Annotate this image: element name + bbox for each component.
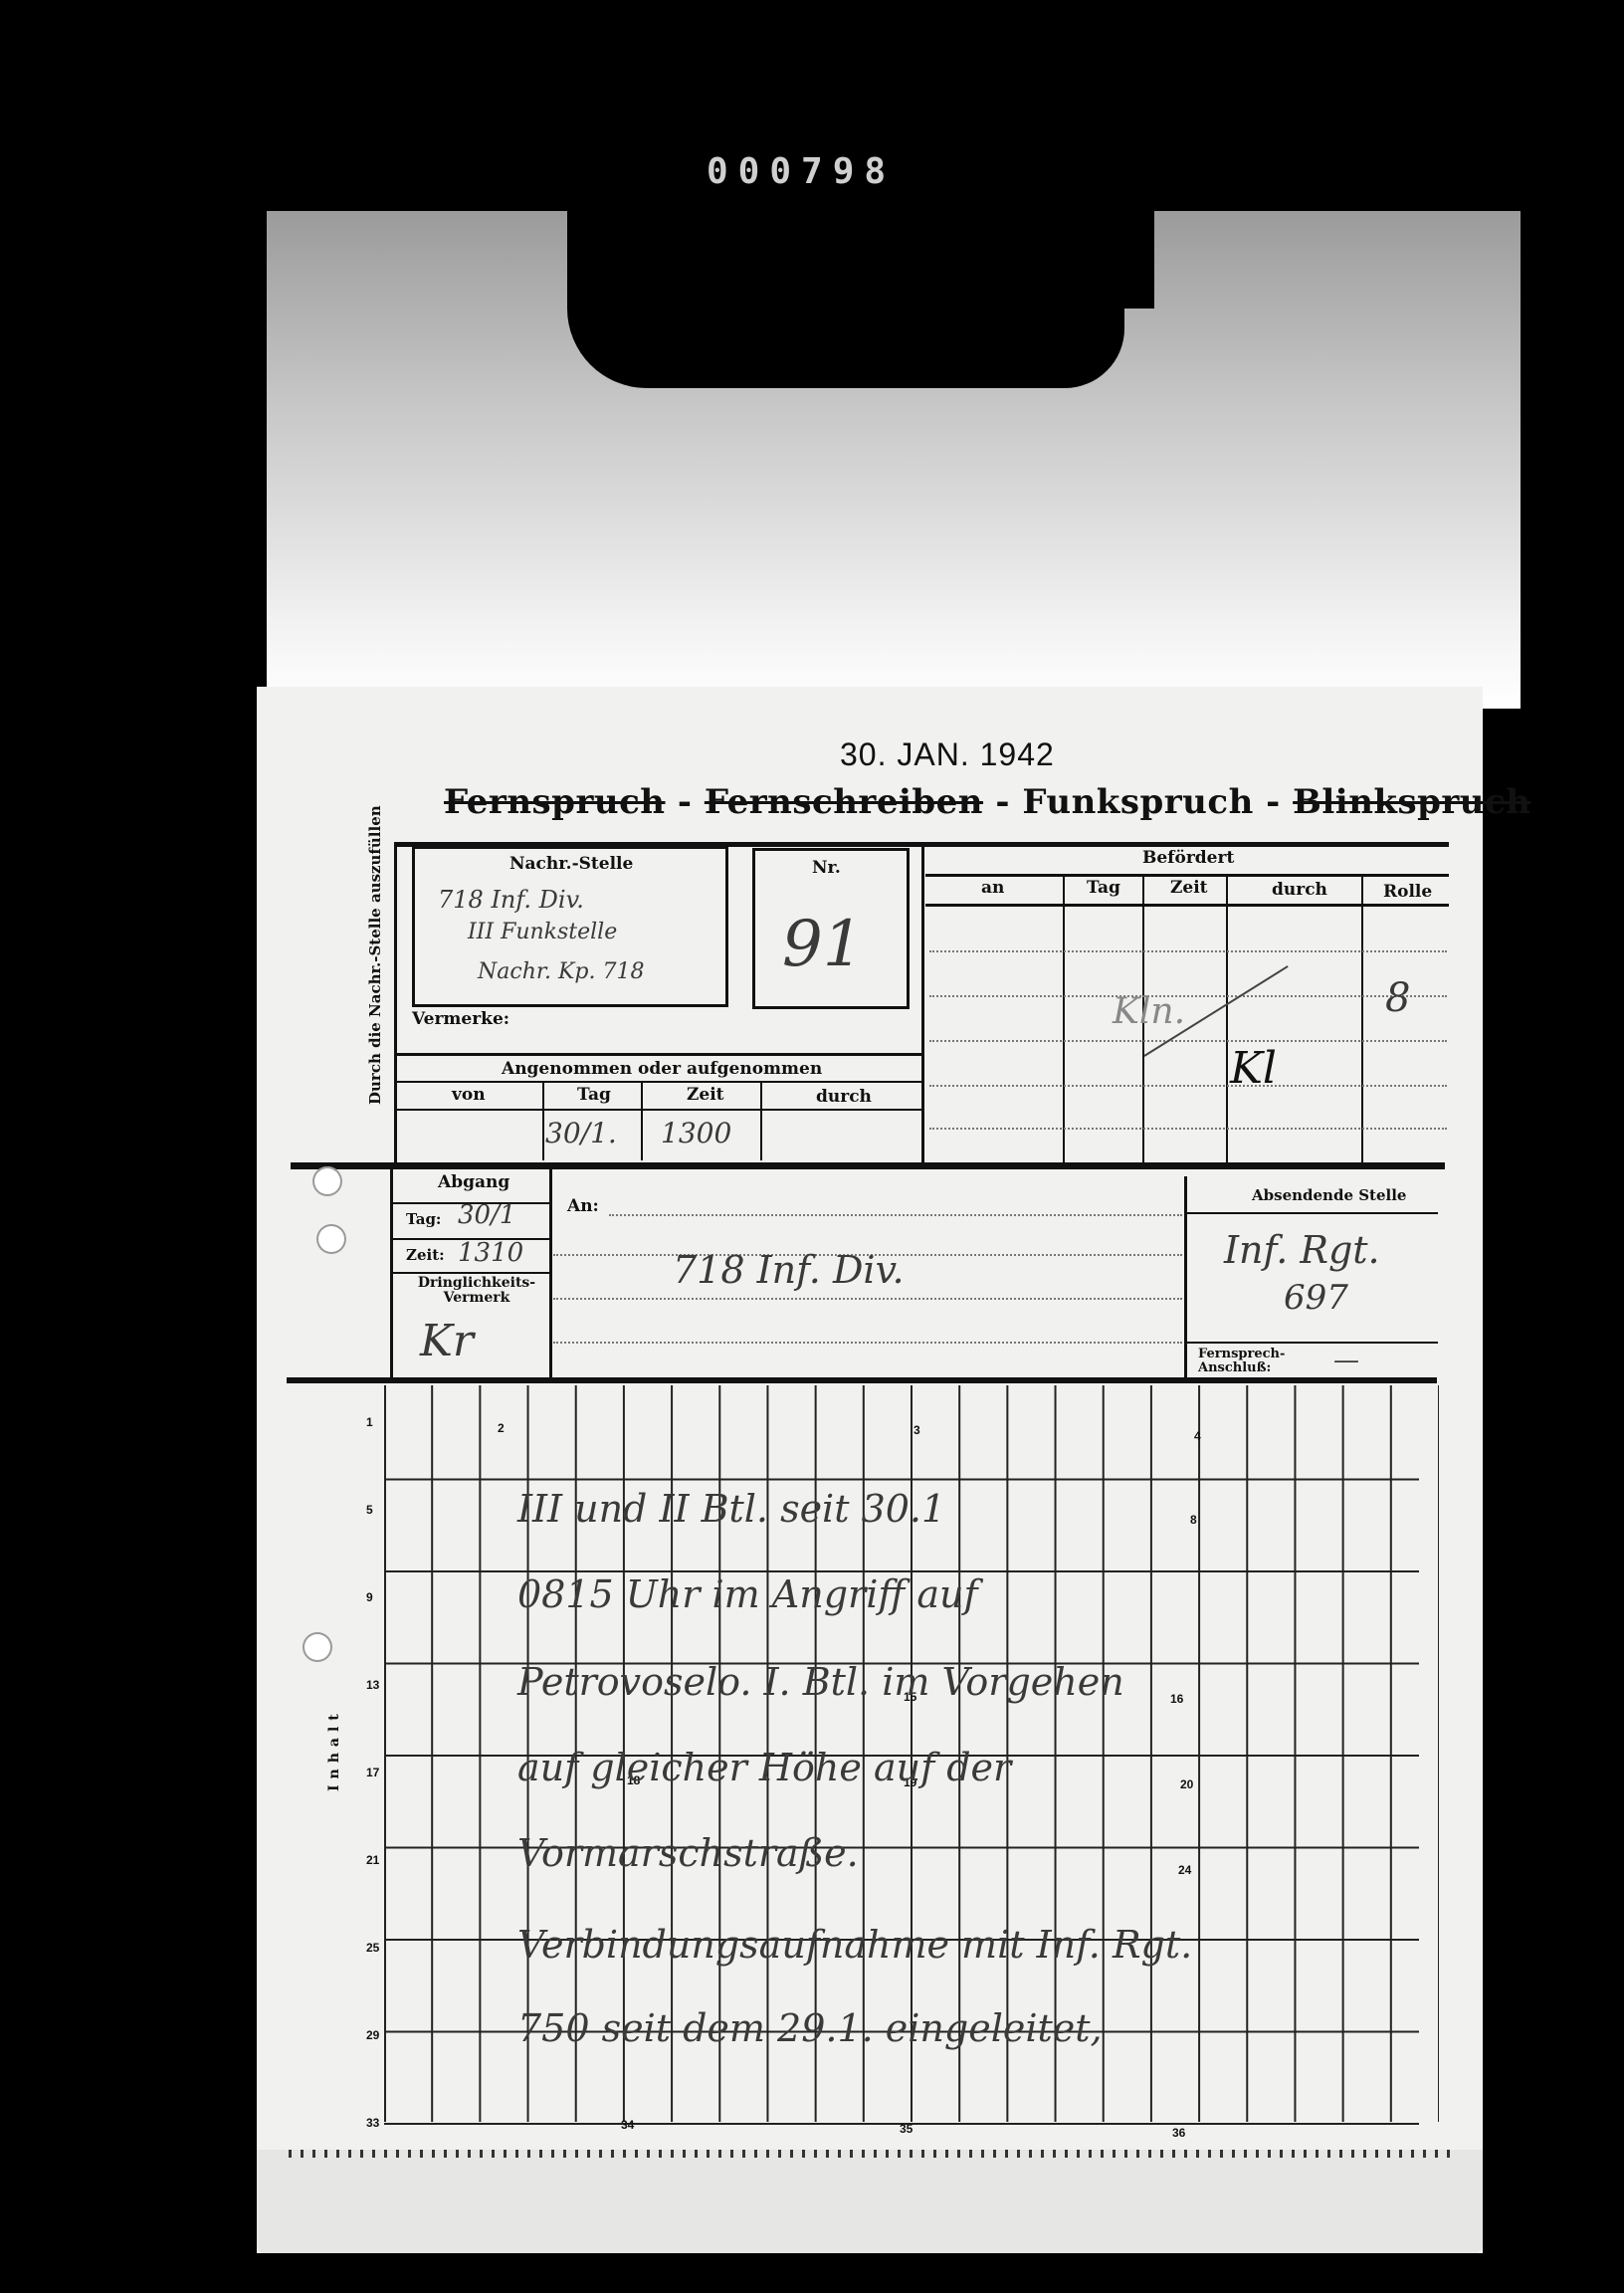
column-marker: 3 [913,1423,920,1437]
fernsprech-anschluss-value: — [1333,1346,1359,1375]
rule [1187,1212,1438,1214]
rule [760,1081,762,1160]
befoerdert-col-durch: durch [1272,880,1327,900]
befoerdert-tag-value: Kln. [1113,991,1185,1032]
an-value: 718 Inf. Div. [673,1248,905,1292]
rule [925,874,1449,877]
fernsprech-anschluss-label: Fernsprech-Anschluß: [1198,1348,1298,1375]
punch-hole [303,1632,332,1662]
angenommen-col-von: von [452,1085,486,1105]
left-rule-top [394,842,397,1162]
befoerdert-col-rolle: Rolle [1383,882,1432,902]
punch-hole [316,1224,346,1254]
mid-rule-bottom [287,1377,1437,1383]
nachr-stelle-label: Nachr.-Stelle [509,854,633,874]
dringlichkeit-label: Dringlichkeits-Vermerk [412,1276,541,1306]
title-funkspruch: Funkspruch [1022,782,1254,822]
angenommen-top-rule [396,1053,921,1056]
row-number: 1 [366,1415,373,1429]
vermerke-label: Vermerke: [412,1009,509,1029]
binder-clip-tab [1113,189,1154,309]
form-bottom-margin [257,2150,1483,2253]
angenommen-tag-value: 30/1. [545,1117,617,1149]
absendende-stelle-label: Absendende Stelle [1252,1186,1406,1204]
message-line: Verbindungsaufnahme mit Inf. Rgt. [517,1923,1192,1967]
row-number: 33 [366,2116,379,2130]
befoerdert-durch-value: Kl [1230,1043,1277,1094]
column-marker: 36 [1172,2126,1185,2140]
rule [549,1166,552,1381]
archive-stamp-number: 000798 [707,151,896,192]
inhalt-side-label: Inhalt [326,1708,342,1791]
row-number: 13 [366,1678,379,1692]
rule [393,1272,550,1274]
side-label: Durch die Nachr.-Stelle auszufüllen [366,805,384,1105]
angenommen-col-durch: durch [816,1087,872,1107]
column-marker: 4 [1194,1429,1201,1443]
rule [1184,1176,1187,1381]
angenommen-zeit-value: 1300 [661,1117,731,1149]
column-marker: 24 [1178,1863,1191,1877]
rule [925,904,1449,907]
abgang-zeit-label: Zeit: [406,1246,445,1264]
column-marker: 2 [498,1421,505,1435]
message-line: Vormarschstraße. [517,1831,859,1875]
abgang-zeit-value: 1310 [458,1238,523,1268]
rule [1226,874,1228,1162]
column-marker: 8 [1190,1513,1197,1527]
befoerdert-col-an: an [981,878,1004,898]
nr-label: Nr. [812,858,841,878]
dotted-rule [929,1085,1447,1087]
angenommen-heading: Angenommen oder aufgenommen [502,1059,822,1079]
received-date-stamp: 30. JAN. 1942 [840,736,1055,773]
title-sep: - [983,782,1022,822]
rule [542,1081,544,1160]
title-blinkspruch: Blinkspruch [1293,782,1530,822]
mid-rule-top [291,1162,1445,1169]
abgang-tag-label: Tag: [406,1210,441,1228]
column-marker: 20 [1180,1777,1193,1791]
befoerdert-rolle-value: 8 [1385,975,1410,1021]
nachr-stelle-line-3: Nachr. Kp. 718 [478,959,644,984]
row-number: 17 [366,1766,379,1779]
form-title: Fernspruch - Fernschreiben - Funkspruch … [444,782,1530,822]
absendende-stelle-line-2: 697 [1284,1278,1348,1318]
title-fernschreiben: Fernschreiben [705,782,983,822]
dringlichkeit-value: Kr [420,1316,474,1366]
rule [921,844,924,1162]
dotted-rule [553,1342,1182,1344]
message-line: 0815 Uhr im Angriff auf [517,1572,978,1616]
rule [641,1081,643,1160]
dotted-rule [929,995,1447,997]
row-number: 5 [366,1503,373,1517]
angenommen-col-tag: Tag [577,1085,611,1105]
dotted-rule [553,1298,1182,1300]
dotted-rule [929,1128,1447,1130]
rule [1187,1342,1438,1344]
row-number: 29 [366,2028,379,2042]
nachr-stelle-line-2: III Funkstelle [468,920,617,944]
dotted-rule [609,1214,1182,1216]
rule [1361,874,1363,1162]
binder-clip [567,189,1124,388]
befoerdert-col-tag: Tag [1087,878,1120,898]
befoerdert-heading: Befördert [1142,848,1234,868]
absendende-stelle-line-1: Inf. Rgt. [1224,1228,1380,1272]
abgang-tag-value: 30/1 [458,1200,515,1230]
column-marker: 34 [621,2118,634,2132]
column-marker: 35 [900,2122,913,2136]
message-line: 750 seit dem 29.1. eingeleitet, [517,2006,1103,2050]
title-fernspruch: Fernspruch [444,782,666,822]
angenommen-col-zeit: Zeit [687,1085,724,1105]
title-sep: - [666,782,705,822]
rule [1063,874,1065,1162]
message-line: Petrovoselo. I. Btl. im Vorgehen [517,1660,1124,1704]
row-number: 9 [366,1590,373,1604]
an-label: An: [567,1196,599,1216]
rule [390,1166,393,1381]
dotted-rule [929,950,1447,952]
row-number: 21 [366,1853,379,1867]
rule [396,1109,921,1111]
column-marker: 16 [1170,1692,1183,1706]
rule [396,1081,921,1083]
abgang-heading: Abgang [438,1172,509,1192]
dotted-rule [929,1040,1447,1042]
message-line: III und II Btl. seit 30.1 [517,1487,945,1531]
nachr-stelle-line-1: 718 Inf. Div. [438,886,584,914]
perforation [289,2150,1453,2158]
message-line: auf gleicher Höhe auf der [517,1746,1011,1789]
punch-hole [312,1166,342,1196]
title-sep: - [1254,782,1293,822]
befoerdert-col-zeit: Zeit [1170,878,1208,898]
nr-value: 91 [782,908,863,981]
row-number: 25 [366,1941,379,1955]
